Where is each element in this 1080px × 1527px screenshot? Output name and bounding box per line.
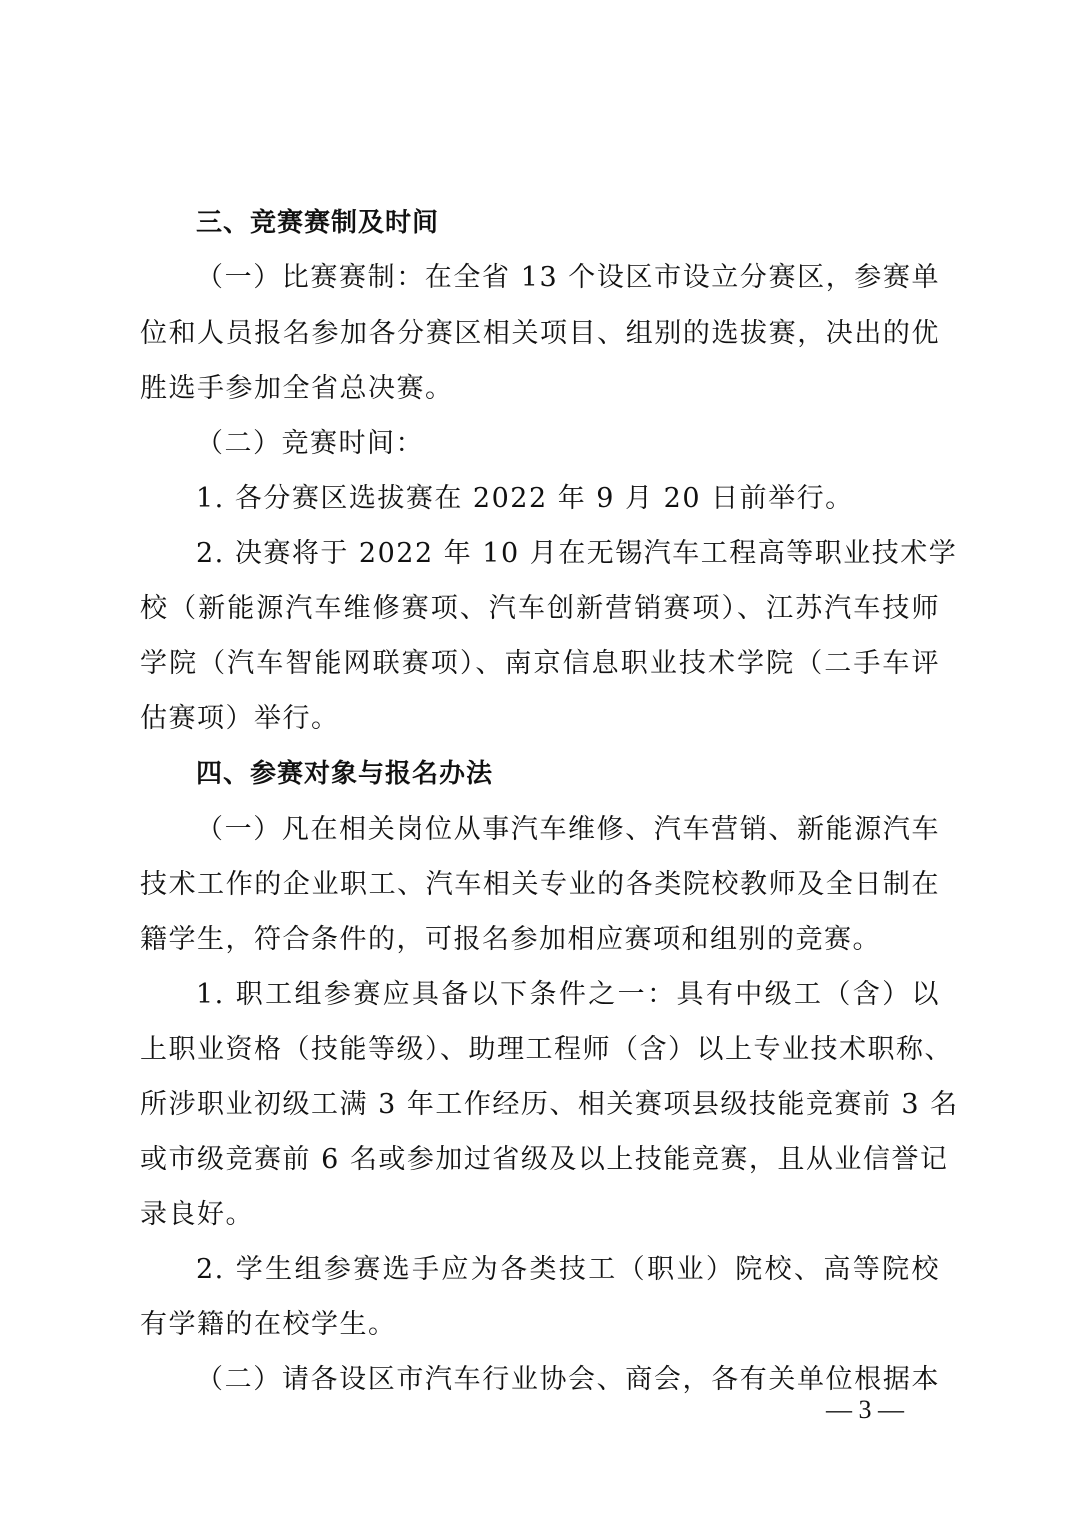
paragraph-line: （一）比赛赛制：在全省 13 个设区市设立分赛区，参赛单 xyxy=(196,258,940,298)
paragraph-line: 估赛项）举行。 xyxy=(140,699,940,739)
page-number: — 3 — xyxy=(810,1392,920,1428)
paragraph-line: 技术工作的企业职工、汽车相关专业的各类院校教师及全日制在 xyxy=(140,865,940,905)
paragraph-line: 有学籍的在校学生。 xyxy=(140,1305,940,1345)
paragraph-line: 校（新能源汽车维修赛项、汽车创新营销赛项）、江苏汽车技师 xyxy=(140,589,940,629)
list-item: 2. 决赛将于 2022 年 10 月在无锡汽车工程高等职业技术学 xyxy=(196,534,940,574)
section-heading-competition-format: 三、竞赛赛制及时间 xyxy=(196,203,940,243)
paragraph-line: 籍学生，符合条件的，可报名参加相应赛项和组别的竞赛。 xyxy=(140,920,940,960)
list-item: 1. 各分赛区选拔赛在 2022 年 9 月 20 日前举行。 xyxy=(196,479,940,519)
paragraph-line: 学院（汽车智能网联赛项）、南京信息职业技术学院（二手车评 xyxy=(140,644,940,684)
section-heading-eligibility: 四、参赛对象与报名办法 xyxy=(196,754,940,794)
paragraph-line: 或市级竞赛前 6 名或参加过省级及以上技能竞赛，且从业信誉记 xyxy=(140,1140,940,1180)
paragraph-line: 胜选手参加全省总决赛。 xyxy=(140,369,940,409)
paragraph-line: （一）凡在相关岗位从事汽车维修、汽车营销、新能源汽车 xyxy=(196,810,940,850)
subsection-title: （二）竞赛时间： xyxy=(196,424,940,464)
paragraph-line: 录良好。 xyxy=(140,1195,940,1235)
paragraph-line: 上职业资格（技能等级）、助理工程师（含）以上专业技术职称、 xyxy=(140,1030,940,1070)
paragraph-line: 位和人员报名参加各分赛区相关项目、组别的选拔赛，决出的优 xyxy=(140,314,940,354)
document-page: 三、竞赛赛制及时间 （一）比赛赛制：在全省 13 个设区市设立分赛区，参赛单 位… xyxy=(0,0,1080,1527)
list-item: 2. 学生组参赛选手应为各类技工（职业）院校、高等院校 xyxy=(196,1250,940,1290)
list-item: 1. 职工组参赛应具备以下条件之一：具有中级工（含）以 xyxy=(196,975,940,1015)
paragraph-line: 所涉职业初级工满 3 年工作经历、相关赛项县级技能竞赛前 3 名 xyxy=(140,1085,940,1125)
